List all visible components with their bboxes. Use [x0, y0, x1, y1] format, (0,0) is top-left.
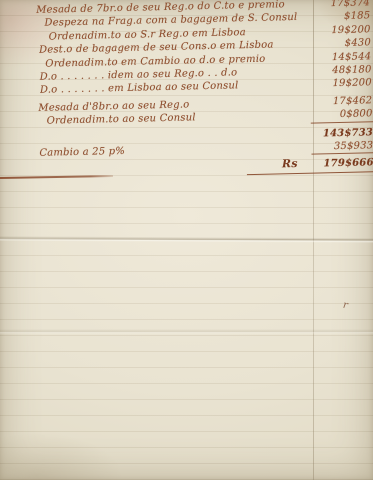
ledger-entries: Mesada de 7br.o de seu Reg.o do C.to e p…: [30, 0, 373, 180]
entry-amount-underlined: 0$800: [310, 107, 373, 123]
entry-amount: 17$462: [310, 94, 373, 109]
subtotal-amount: 143$733: [311, 126, 373, 141]
total-spacer: [34, 169, 247, 174]
fold-crease: [0, 236, 373, 243]
exchange-amount-underlined: 35$933: [311, 139, 373, 155]
currency-rs-prefix: Rs: [282, 157, 298, 171]
manuscript-page: Mesada de 7br.o de seu Reg.o do C.to e p…: [0, 0, 373, 480]
fold-crease-faint: [0, 329, 373, 334]
total-amount: 179$666: [312, 157, 373, 172]
entry-amount: 19$200: [310, 77, 373, 92]
total-amount-group: Rs 179$666: [247, 156, 373, 175]
ink-margin-note: r: [342, 300, 348, 312]
